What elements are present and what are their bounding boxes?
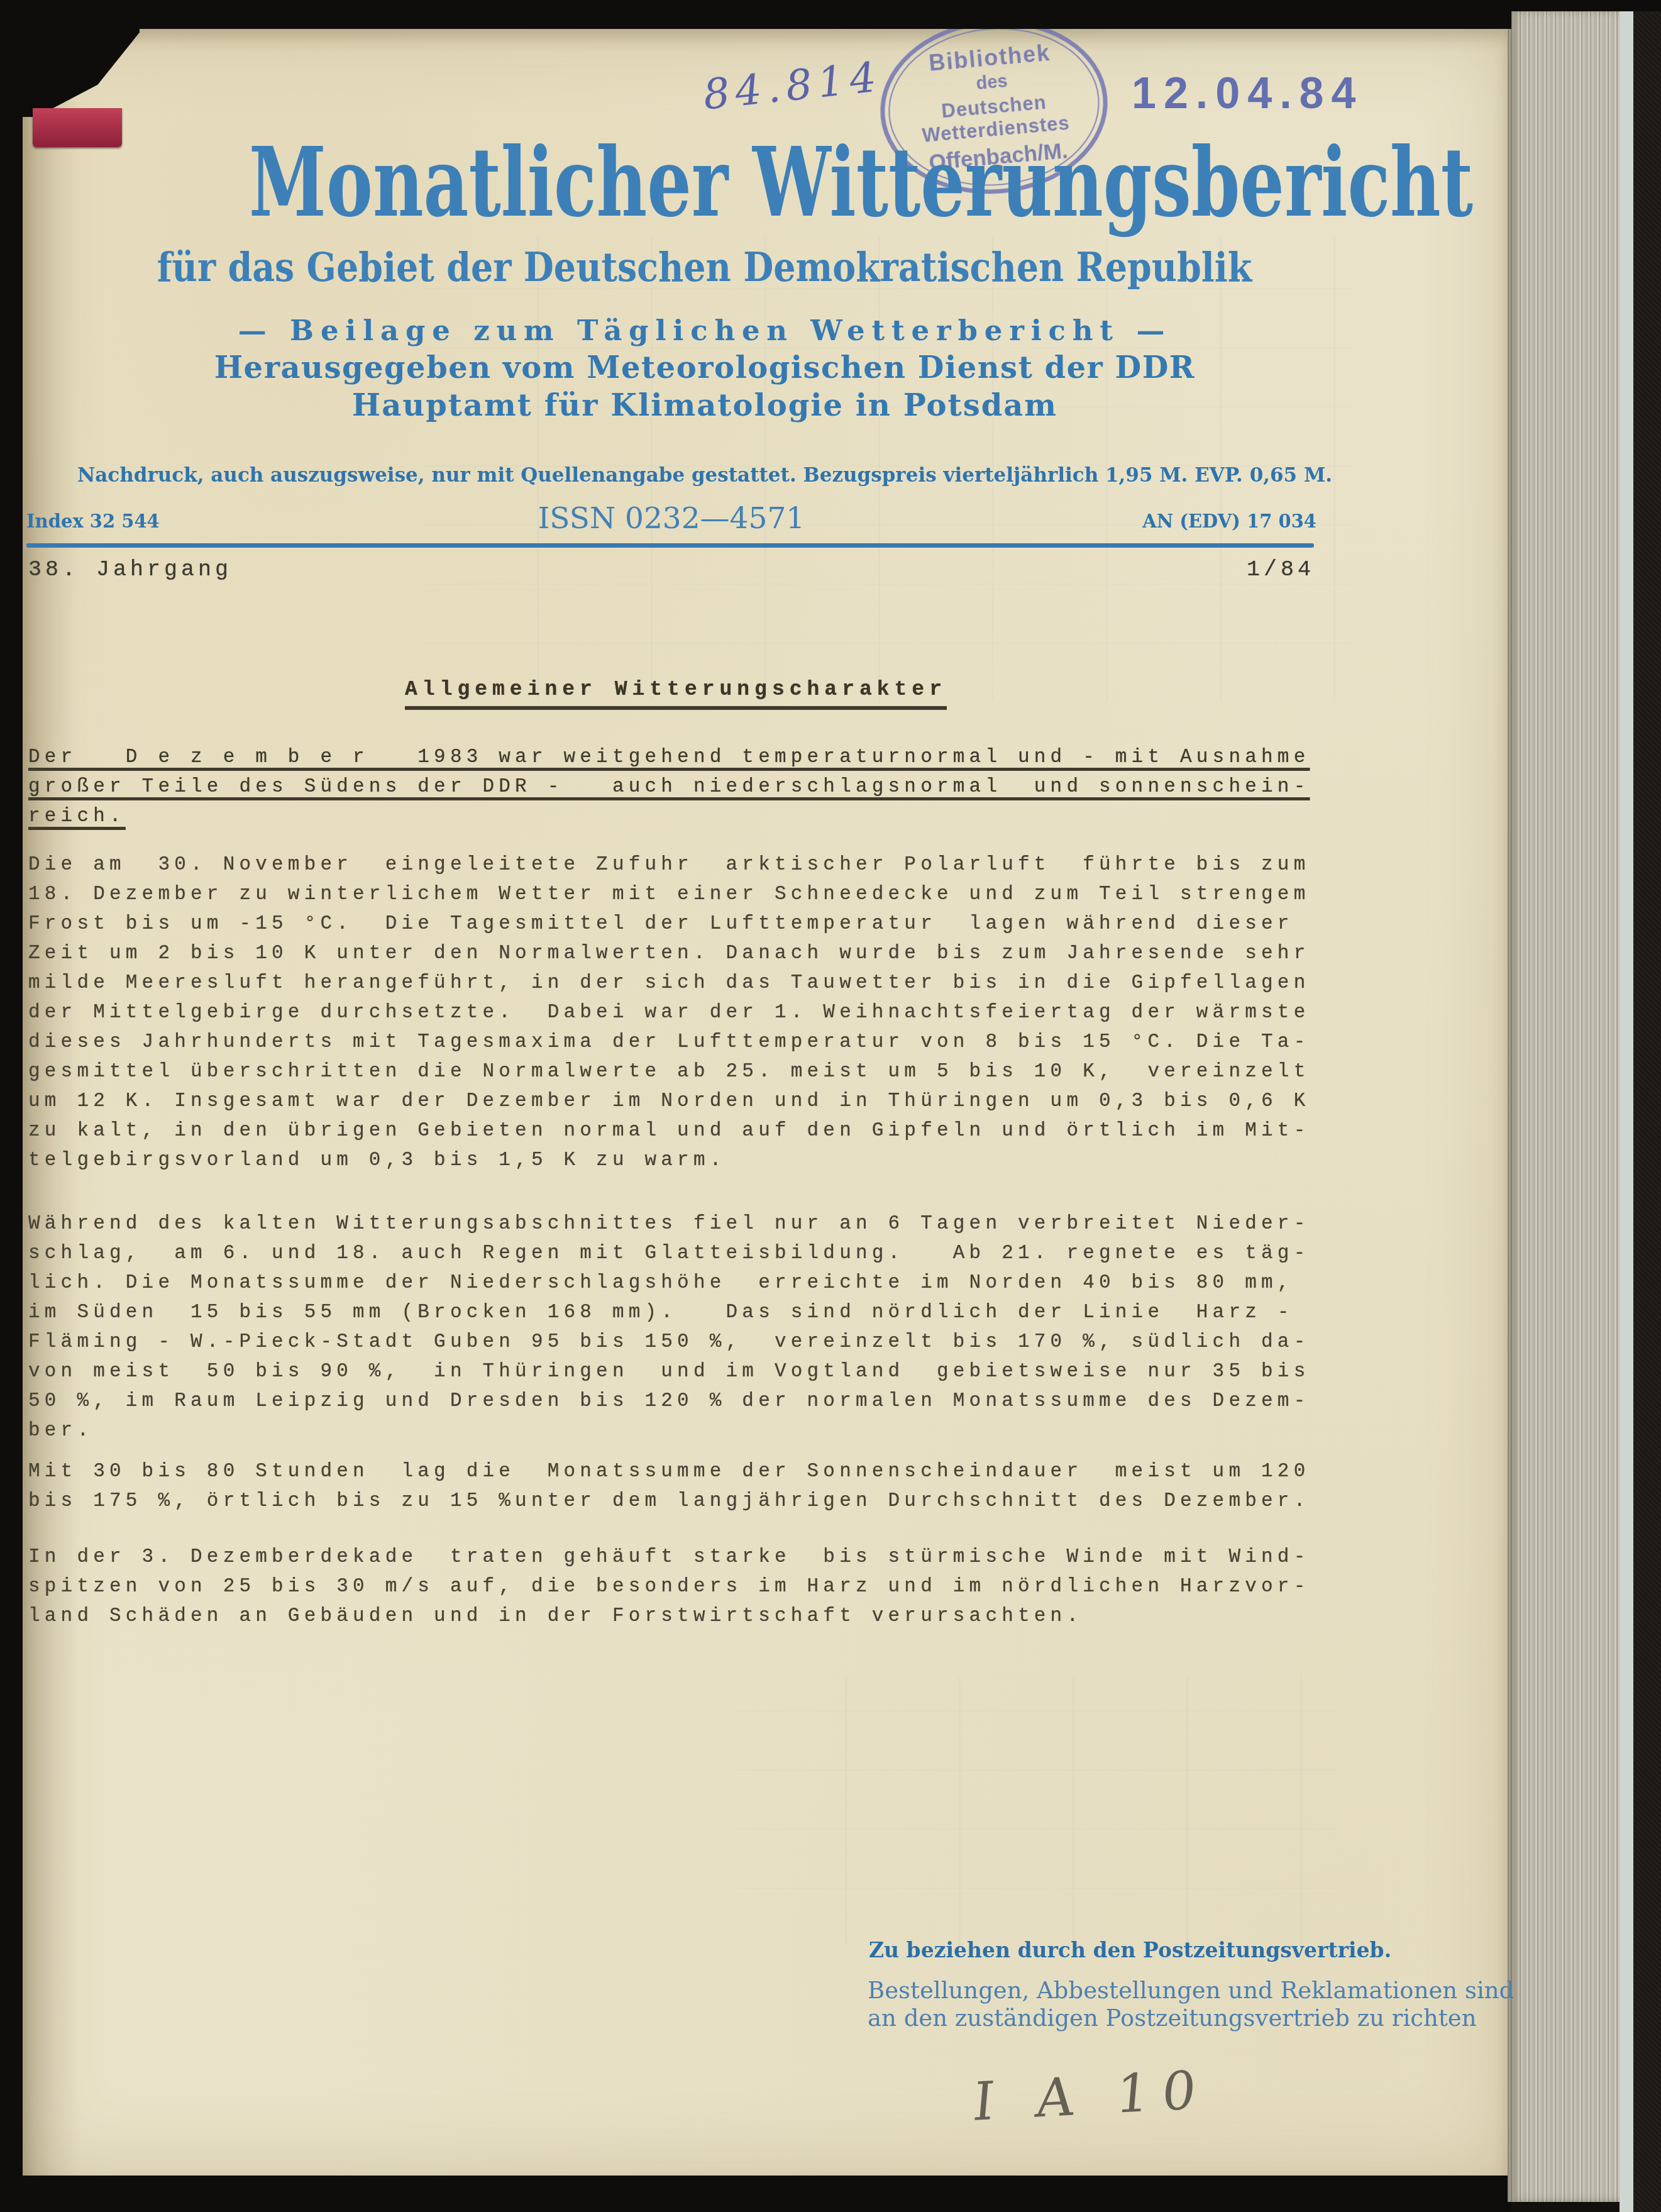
book-board-edge: [1620, 5, 1633, 2212]
scanner-background-bottom: [0, 2176, 1511, 2212]
date-stamp: 12.04.84: [1132, 68, 1363, 118]
imprint-info-row: Index 32 544 ISSN 0232—4571 AN (EDV) 17 …: [26, 495, 1316, 536]
article-paragraph: Mit 30 bis 80 Stunden lag die Monatssumm…: [28, 1457, 1323, 1516]
issn: ISSN 0232—4571: [538, 501, 805, 536]
article-paragraph: In der 3. Dezemberdekade traten gehäuft …: [28, 1542, 1323, 1631]
journal-subtitle: für das Gebiet der Deutschen Demokratisc…: [23, 244, 1387, 290]
volume-label: 38. Jahrgang: [28, 557, 232, 582]
book-fore-edge-pages: [1508, 10, 1620, 2202]
scanner-background-top-right: [1511, 0, 1661, 11]
supplement-line: — Beilage zum Täglichen Wetterbericht —: [23, 314, 1387, 347]
an-edv-number: AN (EDV) 17 034: [1142, 511, 1316, 532]
publisher-line: Herausgegeben vom Meteorologischen Diens…: [23, 350, 1387, 385]
article-paragraph: Während des kalten Witterungsabschnittes…: [28, 1209, 1323, 1446]
scanner-background-top: [0, 0, 1511, 29]
handwritten-accession-number: 84.814: [701, 52, 884, 119]
issue-label: 1/84: [1247, 557, 1315, 582]
show-through-grid: [733, 1676, 1337, 1947]
distribution-notice-bold: Zu beziehen durch den Postzeitungsvertri…: [869, 1938, 1391, 1962]
publisher-line: Hauptamt für Klimatologie in Potsdam: [23, 388, 1387, 423]
book-cover-cloth: [1633, 0, 1661, 2212]
imprint-notice: Nachdruck, auch auszugsweise, nur mit Qu…: [23, 464, 1387, 487]
scanned-book-page: 84.814 Bibliothek des Deutschen Wetterdi…: [0, 0, 1661, 2212]
journal-title: Monatlicher Witterungsbericht: [23, 135, 1387, 230]
pencil-shelf-mark: I A 10: [971, 2059, 1211, 2133]
article-paragraph: Die am 30. November eingeleitete Zufuhr …: [28, 850, 1323, 1175]
distribution-notice: Bestellungen, Abbestellungen und Reklama…: [868, 1977, 1514, 2032]
volume-issue-row: 38. Jahrgang 1/84: [28, 557, 1315, 582]
horizontal-rule: [26, 543, 1314, 548]
article: Allgemeiner Witterungscharakter Der D e …: [28, 678, 1323, 1631]
red-bookmark-ribbon: [33, 108, 122, 147]
scanner-background-left: [0, 0, 23, 2212]
article-heading: Allgemeiner Witterungscharakter: [28, 678, 1323, 710]
journal-cover-page: 84.814 Bibliothek des Deutschen Wetterdi…: [23, 29, 1508, 2176]
index-number: Index 32 544: [26, 511, 160, 532]
article-lead-paragraph: Der D e z e m b e r 1983 war weitgehend …: [28, 743, 1323, 831]
